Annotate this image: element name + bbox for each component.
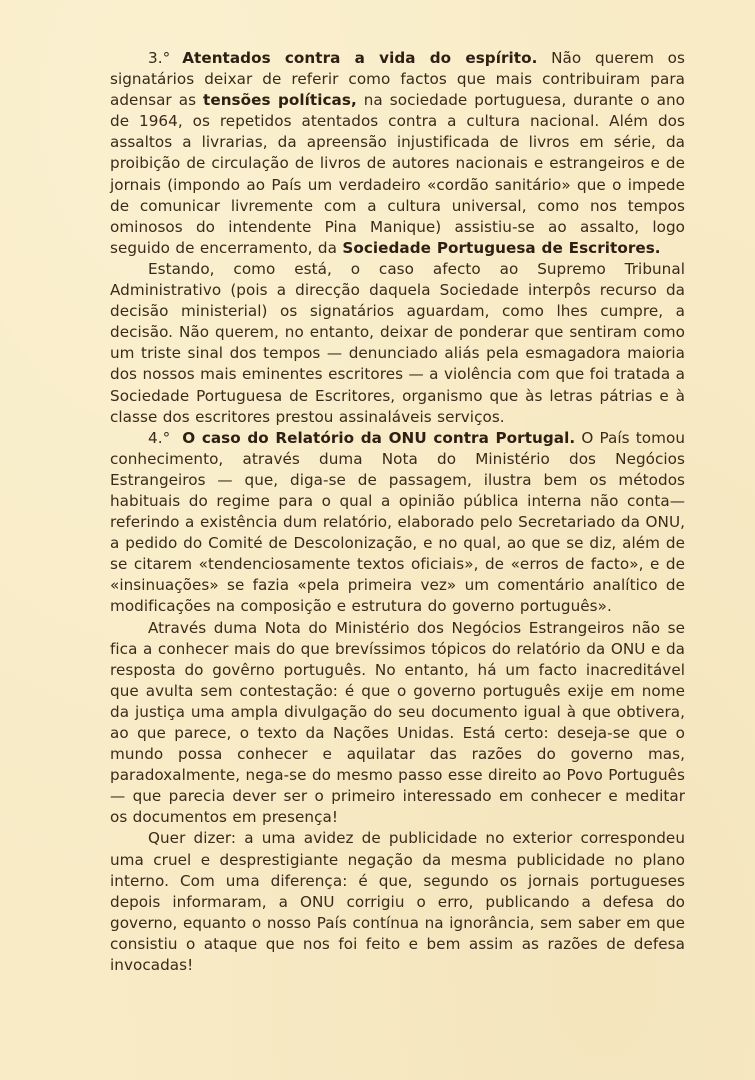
section-heading: Atentados contra a vida do espírito. [182, 49, 537, 67]
section-number: 3.° [148, 49, 170, 67]
document-page: 3.°Atentados contra a vida do espírito. … [110, 48, 685, 976]
emphasis-text: Sociedade Portuguesa de Escritores. [342, 239, 660, 257]
paragraph-text: na sociedade portuguesa, durante o ano d… [110, 91, 685, 257]
section-number: 4.° [148, 429, 170, 447]
paragraph: Estando, como está, o caso afecto ao Sup… [110, 259, 685, 428]
paragraph-text: O País tomou conhecimento, através duma … [110, 429, 685, 616]
paragraph-section-4: 4.°O caso do Relatório da ONU contra Por… [110, 428, 685, 618]
section-heading: O caso do Relatório da ONU contra Portug… [182, 429, 575, 447]
paragraph: Através duma Nota do Ministério dos Negó… [110, 618, 685, 829]
emphasis-text: tensões políticas, [203, 91, 357, 109]
paragraph-section-3: 3.°Atentados contra a vida do espírito. … [110, 48, 685, 259]
paragraph: Quer dizer: a uma avidez de publicidade … [110, 828, 685, 976]
